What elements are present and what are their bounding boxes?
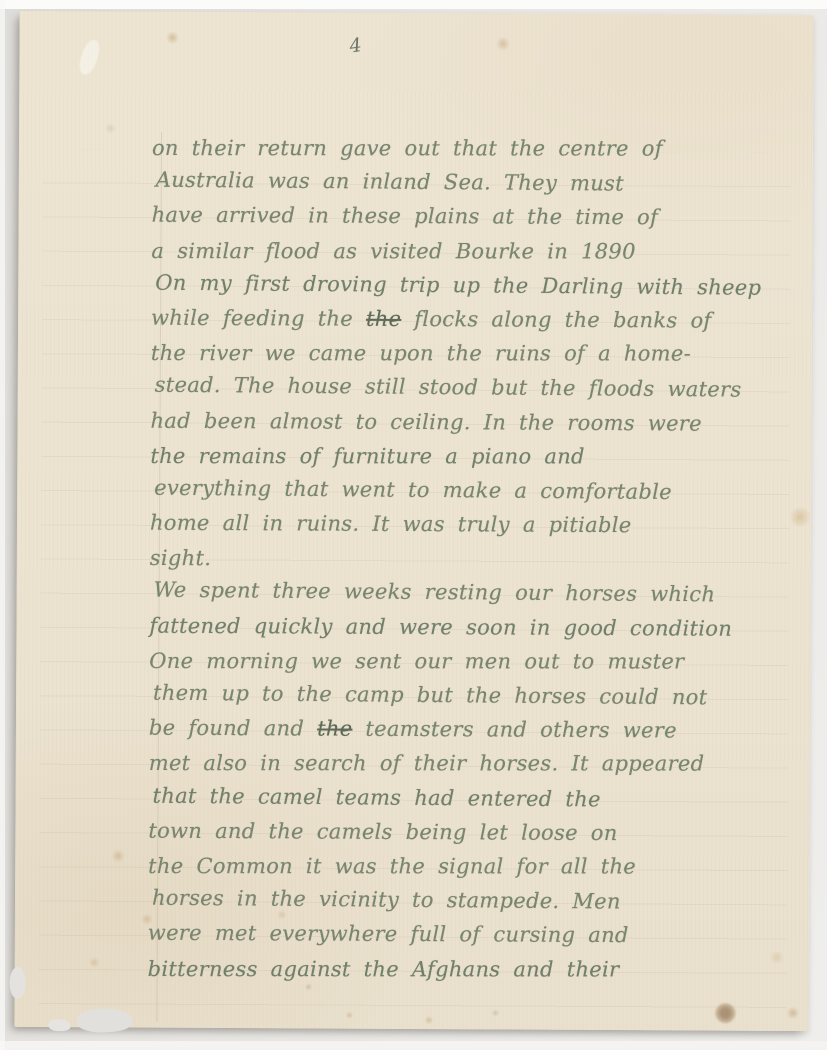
- foxing-spot: [111, 849, 125, 862]
- dark-stain: [714, 1003, 736, 1024]
- manuscript-line: We spent three weeks resting our horses …: [153, 573, 799, 613]
- speck: [424, 1016, 433, 1024]
- foxing-spot: [165, 32, 179, 44]
- foxing-spot: [105, 123, 116, 133]
- scan-background: 4 on their return gave out that the cent…: [0, 0, 827, 1050]
- scan-edge-bottom: [0, 1041, 827, 1050]
- foxing-spot: [786, 1007, 799, 1019]
- manuscript-line: stead. The house still stood but the flo…: [155, 368, 801, 408]
- foxing-spot: [495, 37, 510, 50]
- manuscript-line: on their return gave out that the centre…: [152, 131, 802, 166]
- manuscript-line: sight.: [150, 541, 800, 576]
- manuscript-line: met also in search of their horses. It a…: [149, 746, 799, 781]
- manuscript-line: a similar flood as visited Bourke in 189…: [151, 234, 801, 269]
- speck: [491, 1009, 499, 1016]
- page-number: 4: [348, 34, 364, 58]
- manuscript-line: have arrived in these plains at the time…: [152, 198, 802, 236]
- manuscript-page: 4 on their return gave out that the cent…: [14, 11, 813, 1031]
- struck-word: the: [317, 717, 352, 741]
- manuscript-line: the Common it was the signal for all the: [148, 849, 798, 884]
- manuscript-line: home all in ruins. It was truly a pitiab…: [150, 506, 800, 544]
- foxing-spot: [89, 957, 100, 967]
- manuscript-line: One morning we sent our men out to muste…: [149, 644, 799, 679]
- scan-edge-top: [0, 0, 827, 9]
- struck-word: the: [366, 307, 401, 331]
- paper-chip: [9, 967, 25, 999]
- manuscript-line: Australia was an inland Sea. They must: [156, 163, 802, 203]
- manuscript-line: them up to the camp but the horses could…: [153, 676, 799, 716]
- crease-mark: [76, 38, 102, 77]
- scan-edge-left: [0, 0, 5, 1050]
- manuscript-line: be found and the teamsters and others we…: [149, 711, 799, 749]
- manuscript-text: on their return gave out that the centre…: [148, 130, 802, 988]
- manuscript-line: that the camel teams had entered the: [152, 778, 798, 818]
- manuscript-line: the river we came upon the ruins of a ho…: [151, 336, 801, 371]
- manuscript-line: everything that went to make a comfortab…: [154, 470, 800, 510]
- manuscript-line: On my first droving trip up the Darling …: [155, 265, 801, 305]
- manuscript-line: the remains of furniture a piano and: [150, 439, 800, 474]
- paper-chip: [48, 1019, 70, 1031]
- manuscript-line: horses in the vicinity to stampede. Men: [152, 881, 798, 921]
- manuscript-line: were met everywhere full of cursing and: [148, 916, 798, 954]
- paper-chip: [75, 1006, 133, 1035]
- manuscript-line: while feeding the the flocks along the b…: [151, 301, 801, 339]
- manuscript-line: had been almost to ceiling. In the rooms…: [150, 403, 800, 441]
- speck: [345, 1012, 353, 1019]
- manuscript-line: bitterness against the Afghans and their: [148, 952, 798, 987]
- manuscript-line: town and the camels being let loose on: [148, 813, 798, 851]
- manuscript-line: fattened quickly and were soon in good c…: [149, 608, 799, 646]
